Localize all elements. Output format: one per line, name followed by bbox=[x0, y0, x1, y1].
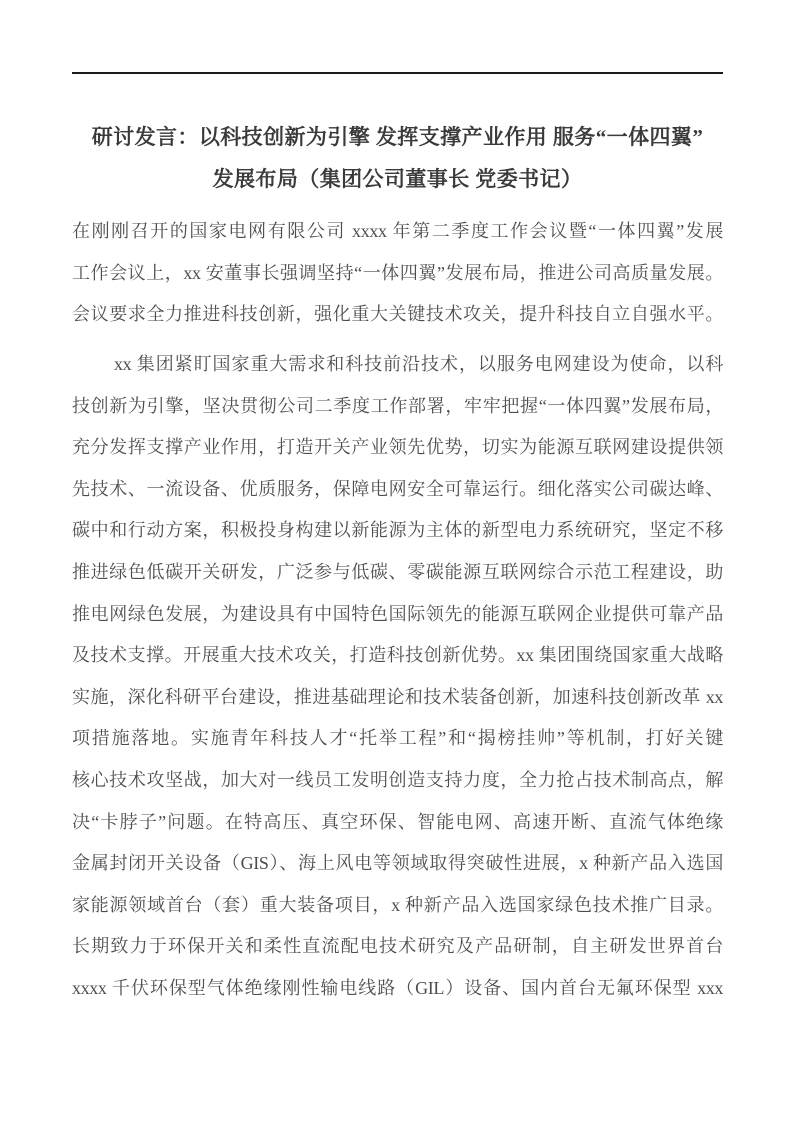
paragraph: 在刚刚召开的国家电网有限公司 xxxx 年第二季度工作会议暨“一体四翼”发展工作… bbox=[72, 211, 723, 336]
text-line: 金属封闭开关设备（GIS）、海上风电等领域取得突破性进展，x 种新产品入选国 bbox=[72, 843, 723, 885]
text-line: 先技术、一流设备、优质服务，保障电网安全可靠运行。细化落实公司碳达峰、 bbox=[72, 469, 723, 511]
text-line: 充分发挥支撑产业作用，打造开关产业领先优势，切实为能源互联网建设提供领 bbox=[72, 427, 723, 469]
text-line: 长期致力于环保开关和柔性直流配电技术研究及产品研制，自主研发世界首台 bbox=[72, 926, 723, 968]
title-line: 研讨发言：以科技创新为引擎 发挥支撑产业作用 服务“一体四翼” bbox=[72, 117, 723, 159]
text-line: 碳中和行动方案，积极投身构建以新能源为主体的新型电力系统研究，坚定不移 bbox=[72, 510, 723, 552]
text-line: xx 集团紧盯国家重大需求和科技前沿技术，以服务电网建设为使命，以科 bbox=[72, 344, 723, 386]
text-line: 会议要求全力推进科技创新，强化重大关键技术攻关，提升科技自立自强水平。 bbox=[72, 294, 723, 336]
text-line: 家能源领域首台（套）重大装备项目，x 种新产品入选国家绿色技术推广目录。 bbox=[72, 885, 723, 927]
text-line: xxxx 千伏环保型气体绝缘刚性输电线路（GIL）设备、国内首台无氟环保型 xx… bbox=[72, 968, 723, 1010]
document-title: 研讨发言：以科技创新为引擎 发挥支撑产业作用 服务“一体四翼”发展布局（集团公司… bbox=[72, 117, 723, 200]
text-line: 及技术支撑。开展重大技术攻关，打造科技创新优势。xx 集团围绕国家重大战略 bbox=[72, 635, 723, 677]
paragraph: xx 集团紧盯国家重大需求和科技前沿技术，以服务电网建设为使命，以科技创新为引擎… bbox=[72, 344, 723, 1010]
title-line: 发展布局（集团公司董事长 党委书记） bbox=[72, 159, 723, 201]
document-body: 在刚刚召开的国家电网有限公司 xxxx 年第二季度工作会议暨“一体四翼”发展工作… bbox=[72, 211, 723, 1009]
text-line: 工作会议上，xx 安董事长强调坚持“一体四翼”发展布局，推进公司高质量发展。 bbox=[72, 253, 723, 295]
text-line: 实施，深化科研平台建设，推进基础理论和技术装备创新，加速科技创新改革 xx bbox=[72, 677, 723, 719]
document-page: 研讨发言：以科技创新为引擎 发挥支撑产业作用 服务“一体四翼”发展布局（集团公司… bbox=[0, 0, 793, 1122]
text-line: 项措施落地。实施青年科技人才“托举工程”和“揭榜挂帅”等机制，打好关键 bbox=[72, 718, 723, 760]
text-line: 决“卡脖子”问题。在特高压、真空环保、智能电网、高速开断、直流气体绝缘 bbox=[72, 802, 723, 844]
text-line: 推进绿色低碳开关研发，广泛参与低碳、零碳能源互联网综合示范工程建设，助 bbox=[72, 552, 723, 594]
document-content: 研讨发言：以科技创新为引擎 发挥支撑产业作用 服务“一体四翼”发展布局（集团公司… bbox=[72, 0, 723, 1009]
text-line: 推电网绿色发展，为建设具有中国特色国际领先的能源互联网企业提供可靠产品 bbox=[72, 594, 723, 636]
text-line: 核心技术攻坚战，加大对一线员工发明创造支持力度，全力抢占技术制高点，解 bbox=[72, 760, 723, 802]
text-line: 在刚刚召开的国家电网有限公司 xxxx 年第二季度工作会议暨“一体四翼”发展 bbox=[72, 211, 723, 253]
text-line: 技创新为引擎，坚决贯彻公司二季度工作部署，牢牢把握“一体四翼”发展布局， bbox=[72, 386, 723, 428]
